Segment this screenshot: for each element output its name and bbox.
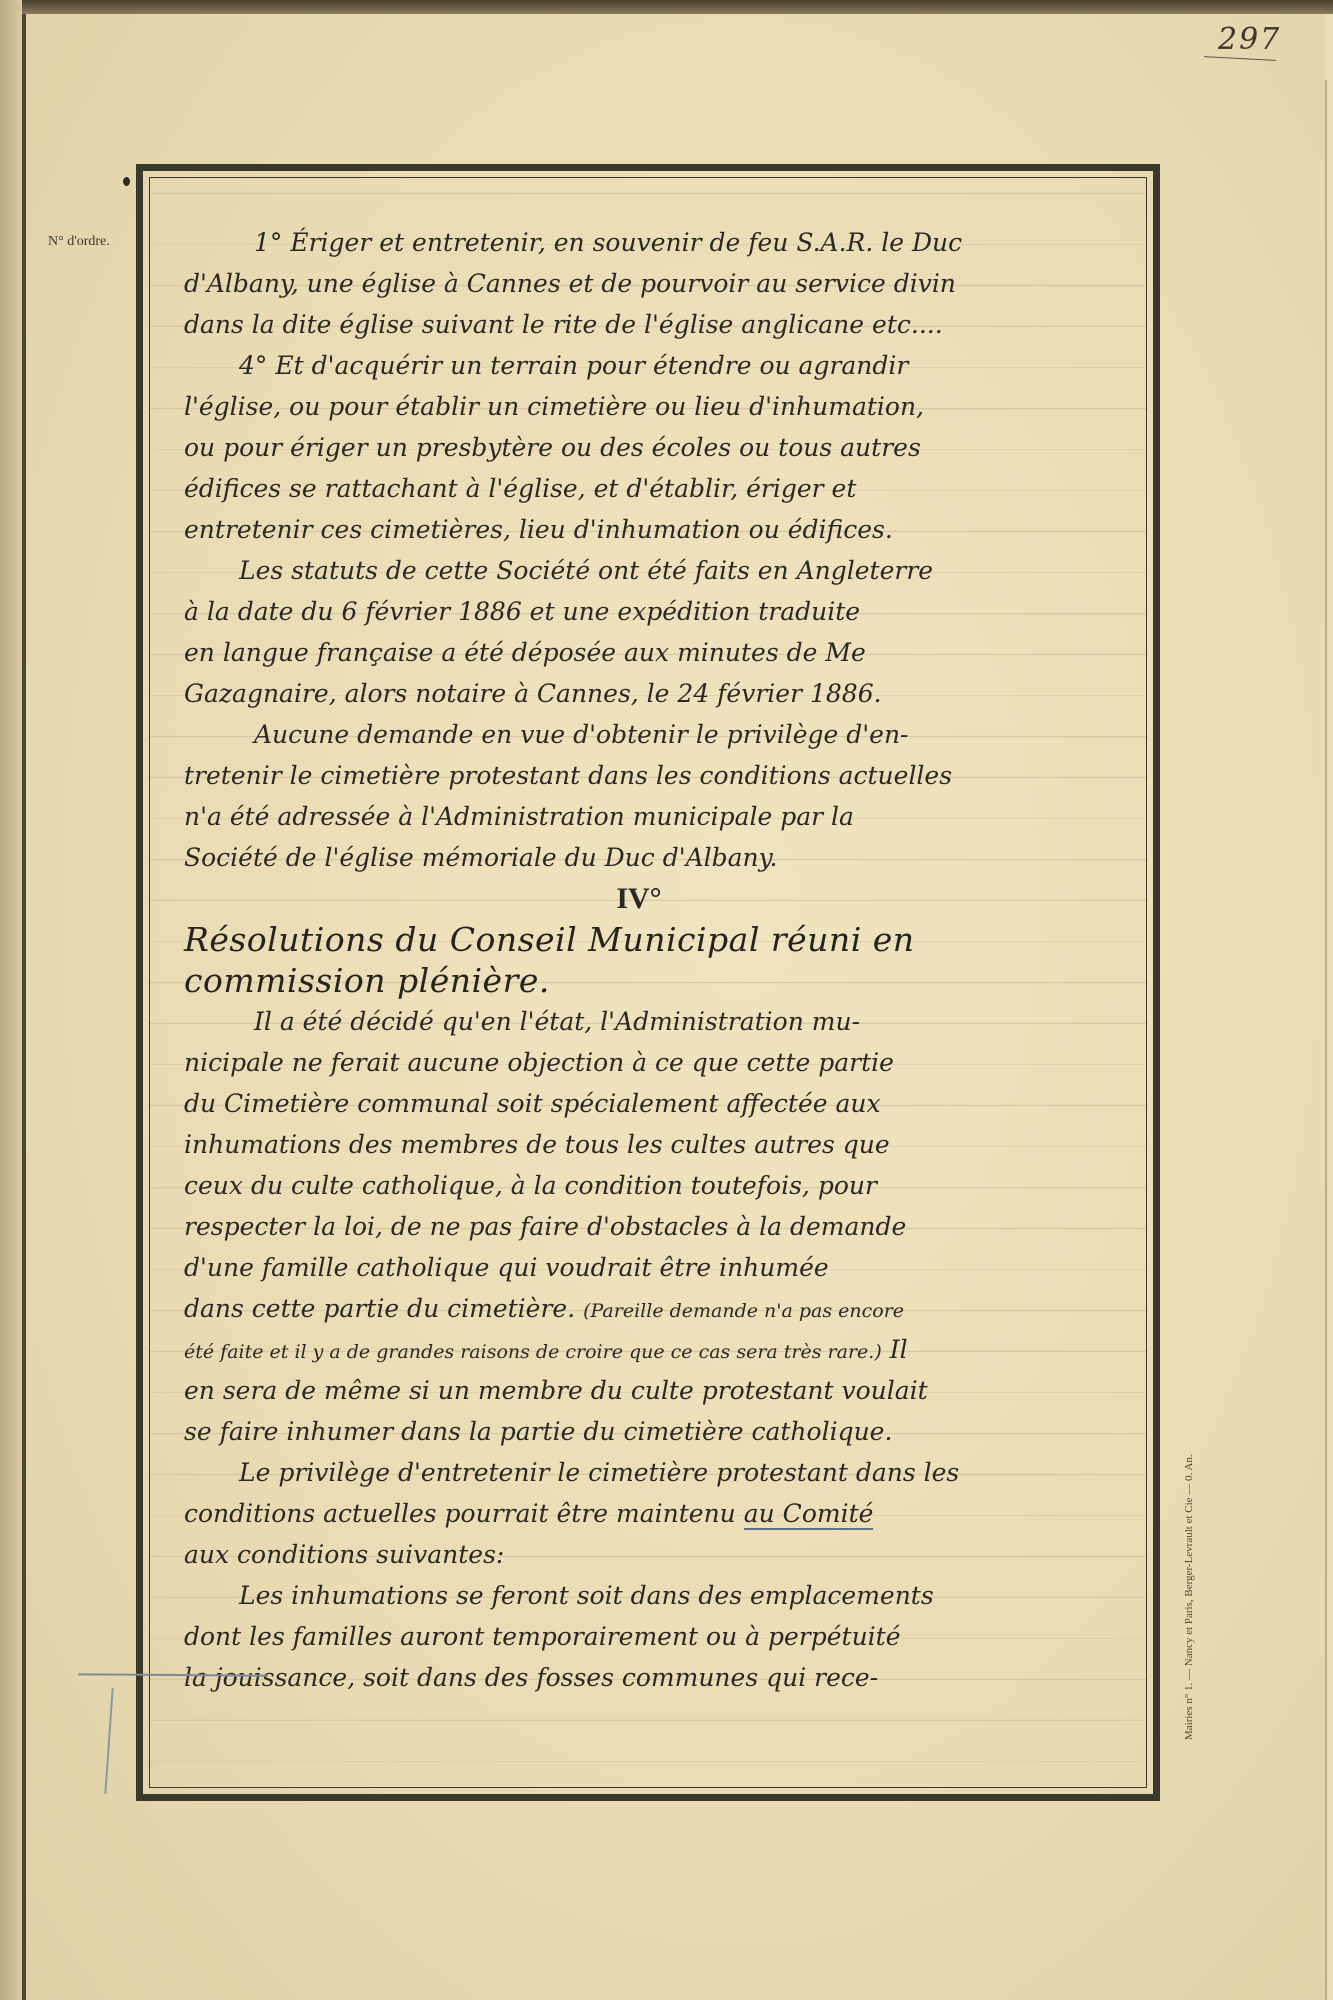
text-line: l'église, ou pour établir un cimetière o…	[184, 386, 1134, 427]
text-line: entretenir ces cimetières, lieu d'inhuma…	[184, 509, 1134, 550]
text-line: dans la dite église suivant le rite de l…	[184, 304, 1134, 345]
text-line: Aucune demande en vue d'obtenir le privi…	[184, 714, 1134, 755]
text-line: la jouissance, soit dans des fosses comm…	[184, 1657, 1134, 1698]
section-number: IV°	[144, 878, 1134, 919]
text-frame: 1° Ériger et entretenir, en souvenir de …	[136, 164, 1160, 1801]
text-line: Les statuts de cette Société ont été fai…	[184, 550, 1134, 591]
text-line: été faite et il y a de grandes raisons d…	[184, 1329, 1134, 1370]
left-margin-rule	[22, 14, 26, 2000]
text-line: en langue française a été déposée aux mi…	[184, 632, 1134, 673]
book-top-edge	[0, 0, 1333, 14]
parenthetical-note: (Pareille demande n'a pas encore	[583, 1300, 904, 1322]
text-line: ou pour ériger un presbytère ou des écol…	[184, 427, 1134, 468]
text-segment: conditions actuelles pourrait être maint…	[184, 1499, 736, 1528]
section-title-line-2: commission plénière.	[184, 960, 1134, 1001]
text-line: ceux du culte catholique, à la condition…	[184, 1165, 1134, 1206]
text-line: d'une famille catholique qui voudrait êt…	[184, 1247, 1134, 1288]
underlined-text: au Comité	[744, 1499, 874, 1530]
text-segment: dans cette partie du cimetière.	[184, 1294, 575, 1323]
text-line: se faire inhumer dans la partie du cimet…	[184, 1411, 1134, 1452]
text-line: Il a été décidé qu'en l'état, l'Administ…	[184, 1001, 1134, 1042]
text-line: Société de l'église mémoriale du Duc d'A…	[184, 837, 1134, 878]
text-line: tretenir le cimetière protestant dans le…	[184, 755, 1134, 796]
text-line: du Cimetière communal soit spécialement …	[184, 1083, 1134, 1124]
text-line: 4° Et d'acquérir un terrain pour étendre…	[184, 345, 1134, 386]
ink-dot	[123, 177, 130, 186]
text-line: dont les familles auront temporairement …	[184, 1616, 1134, 1657]
text-line: nicipale ne ferait aucune objection à ce…	[184, 1042, 1134, 1083]
text-line: Le privilège d'entretenir le cimetière p…	[184, 1452, 1134, 1493]
page-number: 297	[1218, 22, 1281, 57]
text-line: conditions actuelles pourrait être maint…	[184, 1493, 1134, 1534]
ruled-area: 1° Ériger et entretenir, en souvenir de …	[149, 177, 1147, 1788]
text-line: 1° Ériger et entretenir, en souvenir de …	[184, 222, 1134, 263]
text-line: dans cette partie du cimetière. (Pareill…	[184, 1288, 1134, 1329]
section-title-line-1: Résolutions du Conseil Municipal réuni e…	[184, 919, 1134, 960]
text-line: en sera de même si un membre du culte pr…	[184, 1370, 1134, 1411]
text-line: aux conditions suivantes:	[184, 1534, 1134, 1575]
text-line: d'Albany, une église à Cannes et de pour…	[184, 263, 1134, 304]
text-line: Gazagnaire, alors notaire à Cannes, le 2…	[184, 673, 1134, 714]
book-gutter	[0, 0, 22, 2000]
text-line: respecter la loi, de ne pas faire d'obst…	[184, 1206, 1134, 1247]
text-segment: Il	[890, 1335, 908, 1364]
text-line: Les inhumations se feront soit dans des …	[184, 1575, 1134, 1616]
printer-imprint: Mairies n° 1. — Nancy et Paris, Berger-L…	[1183, 1454, 1195, 1740]
parenthetical-note: été faite et il y a de grandes raisons d…	[184, 1341, 882, 1363]
text-line: inhumations des membres de tous les cult…	[184, 1124, 1134, 1165]
order-number-label: N° d'ordre.	[48, 234, 110, 250]
handwritten-text: 1° Ériger et entretenir, en souvenir de …	[184, 222, 1134, 1698]
right-edge-rule	[1325, 80, 1327, 2000]
text-line: édifices se rattachant à l'église, et d'…	[184, 468, 1134, 509]
text-line: à la date du 6 février 1886 et une expéd…	[184, 591, 1134, 632]
text-line: n'a été adressée à l'Administration muni…	[184, 796, 1134, 837]
